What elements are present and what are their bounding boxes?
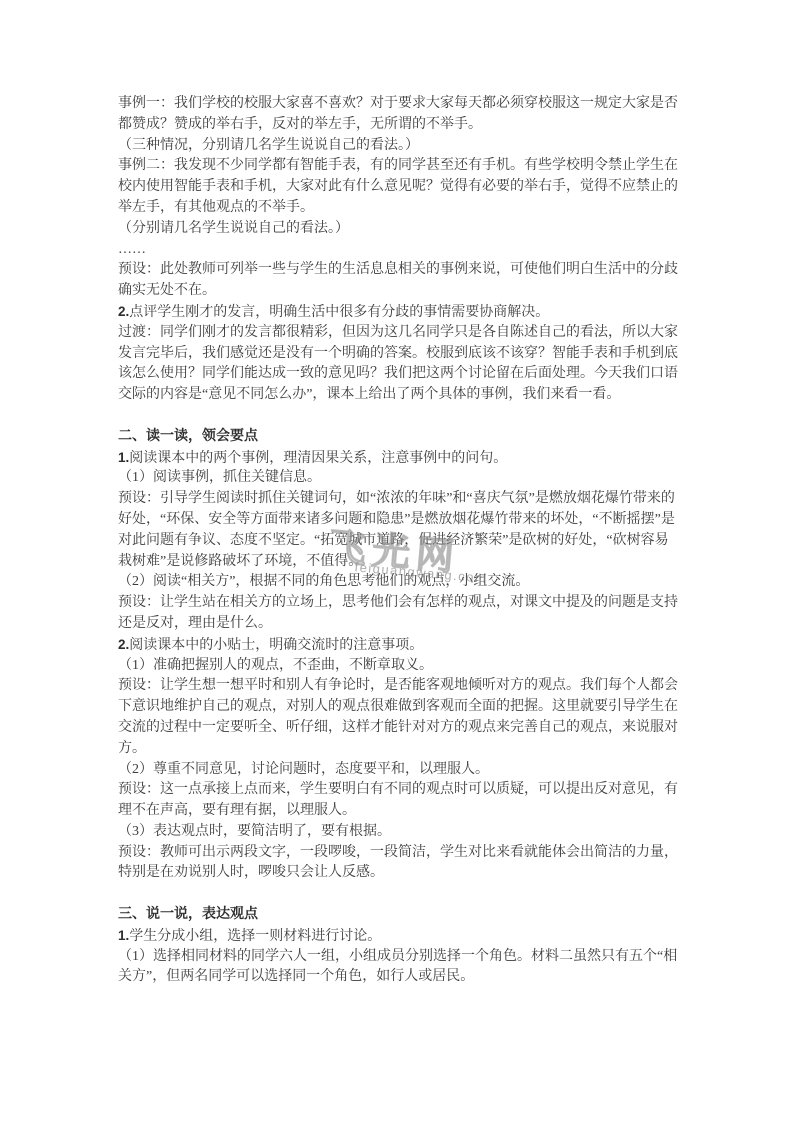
text-line: 特别是在劝说别人时，啰唆只会让人反感。: [118, 863, 680, 884]
blank-line: [118, 884, 680, 905]
text-line: 栽树难”是说修路破坏了环境，不值得。: [118, 552, 680, 573]
text-line: 都赞成？赞成的举右手，反对的举左手，无所谓的不举手。: [118, 115, 680, 136]
text-line: 交际的内容是“意见不同怎么办”，课本上给出了两个具体的事例，我们来看一看。: [118, 385, 680, 406]
text-line: （分别请几名学生说说自己的看法。）: [118, 219, 680, 240]
text-line: 1.学生分成小组，选择一则材料进行讨论。: [118, 926, 680, 947]
text-line: （1）准确把握别人的观点，不歪曲，不断章取义。: [118, 656, 680, 677]
text-line: 预设：让学生想一想平时和别人有争论时，是否能客观地倾听对方的观点。我们每个人都会: [118, 676, 680, 697]
text-line: 理不在声高，要有理有据，以理服人。: [118, 801, 680, 822]
text-line: 还是反对，理由是什么。: [118, 614, 680, 635]
text-line: （2）阅读“相关方”，根据不同的角色思考他们的观点，小组交流。: [118, 572, 680, 593]
section-heading-3: 三、说一说，表达观点: [118, 905, 680, 926]
text-line: 预设：这一点承接上点而来，学生要明白有不同的观点时可以质疑，可以提出反对意见，有: [118, 780, 680, 801]
list-number: 2.: [118, 637, 129, 652]
text-line: 1.阅读课本中的两个事例，理清因果关系，注意事例中的问句。: [118, 448, 680, 469]
section-heading-2: 二、读一读，领会要点: [118, 427, 680, 448]
text-line: （三种情况，分别请几名学生说说自己的看法。）: [118, 136, 680, 157]
text-line: 2.阅读课本中的小贴士，明确交流时的注意事项。: [118, 635, 680, 656]
document-body: 事例一：我们学校的校服大家喜不喜欢？对于要求大家每天都必须穿校服这一规定大家是否…: [118, 94, 680, 988]
text-line: （2）尊重不同意见，讨论问题时，态度要平和，以理服人。: [118, 760, 680, 781]
text-line: 发言完毕后，我们感觉还是没有一个明确的答案。校服到底该不该穿？智能手表和手机到底: [118, 344, 680, 365]
text-line: 预设：此处教师可列举一些与学生的生活息息相关的事例来说，可使他们明白生活中的分歧: [118, 260, 680, 281]
text-line: 预设：引导学生阅读时抓住关键词句，如“浓浓的年味”和“喜庆气氛”是燃放烟花爆竹带…: [118, 489, 680, 510]
text-line: 2.点评学生刚才的发言，明确生活中很多有分歧的事情需要协商解决。: [118, 302, 680, 323]
list-number: 1.: [118, 928, 129, 943]
text-line: 下意识地维护自己的观点，对别人的观点很难做到客观而全面的把握。这里就要引导学生在: [118, 697, 680, 718]
document-page: 事例一：我们学校的校服大家喜不喜欢？对于要求大家每天都必须穿校服这一规定大家是否…: [0, 0, 793, 1122]
text-line: ……: [118, 240, 680, 261]
text-line: 确实无处不在。: [118, 281, 680, 302]
list-number: 2.: [118, 304, 129, 319]
text-line: 好处，“环保、安全等方面带来诸多问题和隐患”是燃放烟花爆竹带来的坏处，“不断摇摆…: [118, 510, 680, 531]
text-line: 关方”，但两名同学可以选择同一个角色，如行人或居民。: [118, 967, 680, 988]
text-line: 预设：教师可出示两段文字，一段啰唆，一段简洁，学生对比来看就能体会出简洁的力量，: [118, 843, 680, 864]
text-line: 过渡：同学们刚才的发言都很精彩，但因为这几名同学只是各自陈述自己的看法，所以大家: [118, 323, 680, 344]
text-line: 事例二：我发现不少同学都有智能手表，有的同学甚至还有手机。有些学校明令禁止学生在: [118, 156, 680, 177]
text-line: 对此问题有争议、态度不坚定。“拓宽城市道路，促进经济繁荣”是砍树的好处，“砍树容…: [118, 531, 680, 552]
text-line: 该怎么使用？同学们能达成一致的意见吗？我们把这两个讨论留在后面处理。今天我们口语: [118, 364, 680, 385]
text-line: （1）阅读事例，抓住关键信息。: [118, 468, 680, 489]
text-line: 事例一：我们学校的校服大家喜不喜欢？对于要求大家每天都必须穿校服这一规定大家是否: [118, 94, 680, 115]
text-line: 举左手，有其他观点的不举手。: [118, 198, 680, 219]
text-line: 预设：让学生站在相关方的立场上，思考他们会有怎样的观点，对课文中提及的问题是支持: [118, 593, 680, 614]
text-line: （3）表达观点时，要简洁明了，要有根据。: [118, 822, 680, 843]
text-line: 校内使用智能手表和手机，大家对此有什么意见呢？觉得有必要的举右手，觉得不应禁止的: [118, 177, 680, 198]
blank-line: [118, 406, 680, 427]
text-line: 交流的过程中一定要听全、听仔细，这样才能针对对方的观点来完善自己的观点，来说服对: [118, 718, 680, 739]
list-number: 1.: [118, 450, 129, 465]
text-line: （1）选择相同材料的同学六人一组，小组成员分别选择一个角色。材料二虽然只有五个“…: [118, 947, 680, 968]
text-line: 方。: [118, 739, 680, 760]
